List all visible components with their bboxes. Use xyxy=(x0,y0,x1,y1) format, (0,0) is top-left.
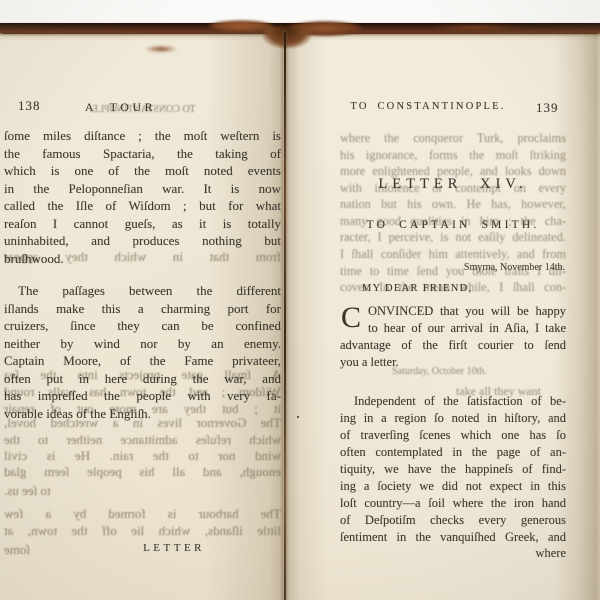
catchword-right: where xyxy=(340,546,566,561)
text-line: advantage of the firſt courier to ſend xyxy=(340,337,566,354)
bleedthrough-text-line: nation but his own. He has, however, xyxy=(340,197,566,212)
text-line: often put in here during the war, and xyxy=(4,370,281,388)
running-header-left: A TOUR xyxy=(28,100,213,115)
salutation: MY DEAR FRIEND, xyxy=(362,283,472,294)
text-line: The paſſages between the different xyxy=(4,282,281,300)
text-line: bruſhwood. xyxy=(4,250,281,268)
bleedthrough-text-line: enough, and all his people ſeem glad xyxy=(4,464,281,480)
text-line: tiquity, we have the happineſs of find- xyxy=(340,461,566,478)
text-line: reaſon I cannot gueſs, as it is totally xyxy=(4,215,281,233)
running-header-right: TO CONSTANTINOPLE. xyxy=(322,101,534,112)
left-page: TO CONSTANTINOPLE.from that in which the… xyxy=(0,31,283,600)
right-page: where the conqueror Turk, proclaimshis i… xyxy=(286,31,600,600)
page-body-text-left: ſome miles diſtance ; the moſt weſtern i… xyxy=(4,127,281,422)
text-line: ſentiment in the vanquiſhed Greek, and xyxy=(340,529,566,546)
text-line: of traverſing ſcenes which one has ſo xyxy=(340,427,566,444)
text-line: loſt country—a ſoil where the iron hand xyxy=(340,495,566,512)
bleedthrough-text-line: little iſlands, which lie off the town, … xyxy=(4,523,281,539)
text-line: often contemplated in the page of an- xyxy=(340,444,566,461)
dateline: Smyrna, November 14th. xyxy=(340,262,565,273)
leather-rust-patch xyxy=(428,24,524,31)
addressee-heading: TO CAPTAIN SMITH. xyxy=(340,219,566,231)
letter-heading: LETTER XIV. xyxy=(340,176,566,193)
text-line: of Deſpotiſm checks every generous xyxy=(340,512,566,529)
catchword-left: LETTER xyxy=(0,542,205,554)
text-line: the famous Spactaria, the taking of xyxy=(4,145,281,163)
text-line: you a letter. xyxy=(340,354,566,371)
book-gutter-shadow xyxy=(280,30,289,600)
paragraph: ONVINCED that you will be happyto hear o… xyxy=(340,303,566,371)
text-line: in the Peloponneſian war. It is now xyxy=(4,180,281,198)
bleedthrough-text-line: his ignorance, forms the moſt ſtriking xyxy=(340,148,566,163)
paragraph: Independent of the ſatisfaction of be-in… xyxy=(340,393,566,546)
photo-background: TO CONSTANTINOPLE.from that in which the… xyxy=(0,0,600,600)
text-line: Independent of the ſatisfaction of be- xyxy=(340,393,566,410)
page-body-text-right: ONVINCED that you will be happyto hear o… xyxy=(340,303,566,546)
text-line: has impreſſed the people with very fa- xyxy=(4,387,281,405)
paragraph: ſome miles diſtance ; the moſt weſtern i… xyxy=(4,127,281,267)
bleedthrough-text-line: I ſhall conſider him attentively, and fr… xyxy=(340,247,566,262)
paragraph: The paſſages between the differentiſland… xyxy=(4,282,281,422)
bleedthrough-text-line: to ſee us. xyxy=(4,483,281,499)
text-line: ing a ſociety we did not expect in this xyxy=(340,478,566,495)
text-line: uninhabited, and produces nothing but xyxy=(4,232,281,250)
bleedthrough-text-line: which refuſes admittance neither to the xyxy=(4,432,281,448)
bleedthrough-text-line: wind nor to the rain. He is civil xyxy=(4,448,281,464)
page-number-right: 139 xyxy=(536,100,559,116)
text-line: neither by wind nor by an enemy. xyxy=(4,335,281,353)
bleedthrough-text-line: racter, I perceive, is not eaſily deline… xyxy=(340,230,566,245)
text-line: called the Iſle of Wiſdom ; but for what xyxy=(4,197,281,215)
text-line: cruizers, ſince they can be confined xyxy=(4,317,281,335)
leather-rust-patch xyxy=(144,45,178,53)
text-line: which is one of the moſt noted events xyxy=(4,162,281,180)
ink-speck xyxy=(297,416,299,418)
text-line: vorable ideas of the Engliſh. xyxy=(4,405,281,423)
text-line: iſlands make this a charming port for xyxy=(4,300,281,318)
text-line: ing in a region ſo noted in hiſtory, and xyxy=(340,410,566,427)
bleedthrough-text-line: where the conqueror Turk, proclaims xyxy=(340,131,566,146)
text-line: ſome miles diſtance ; the moſt weſtern i… xyxy=(4,127,281,145)
bleedthrough-text-line: The harbour is formed by a few xyxy=(4,506,281,522)
text-line: ONVINCED that you will be happy xyxy=(340,303,566,320)
text-line: to hear of our arrival in Aſia, I take xyxy=(340,320,566,337)
text-line: Captain Moore, of the Fame privateer, xyxy=(4,352,281,370)
